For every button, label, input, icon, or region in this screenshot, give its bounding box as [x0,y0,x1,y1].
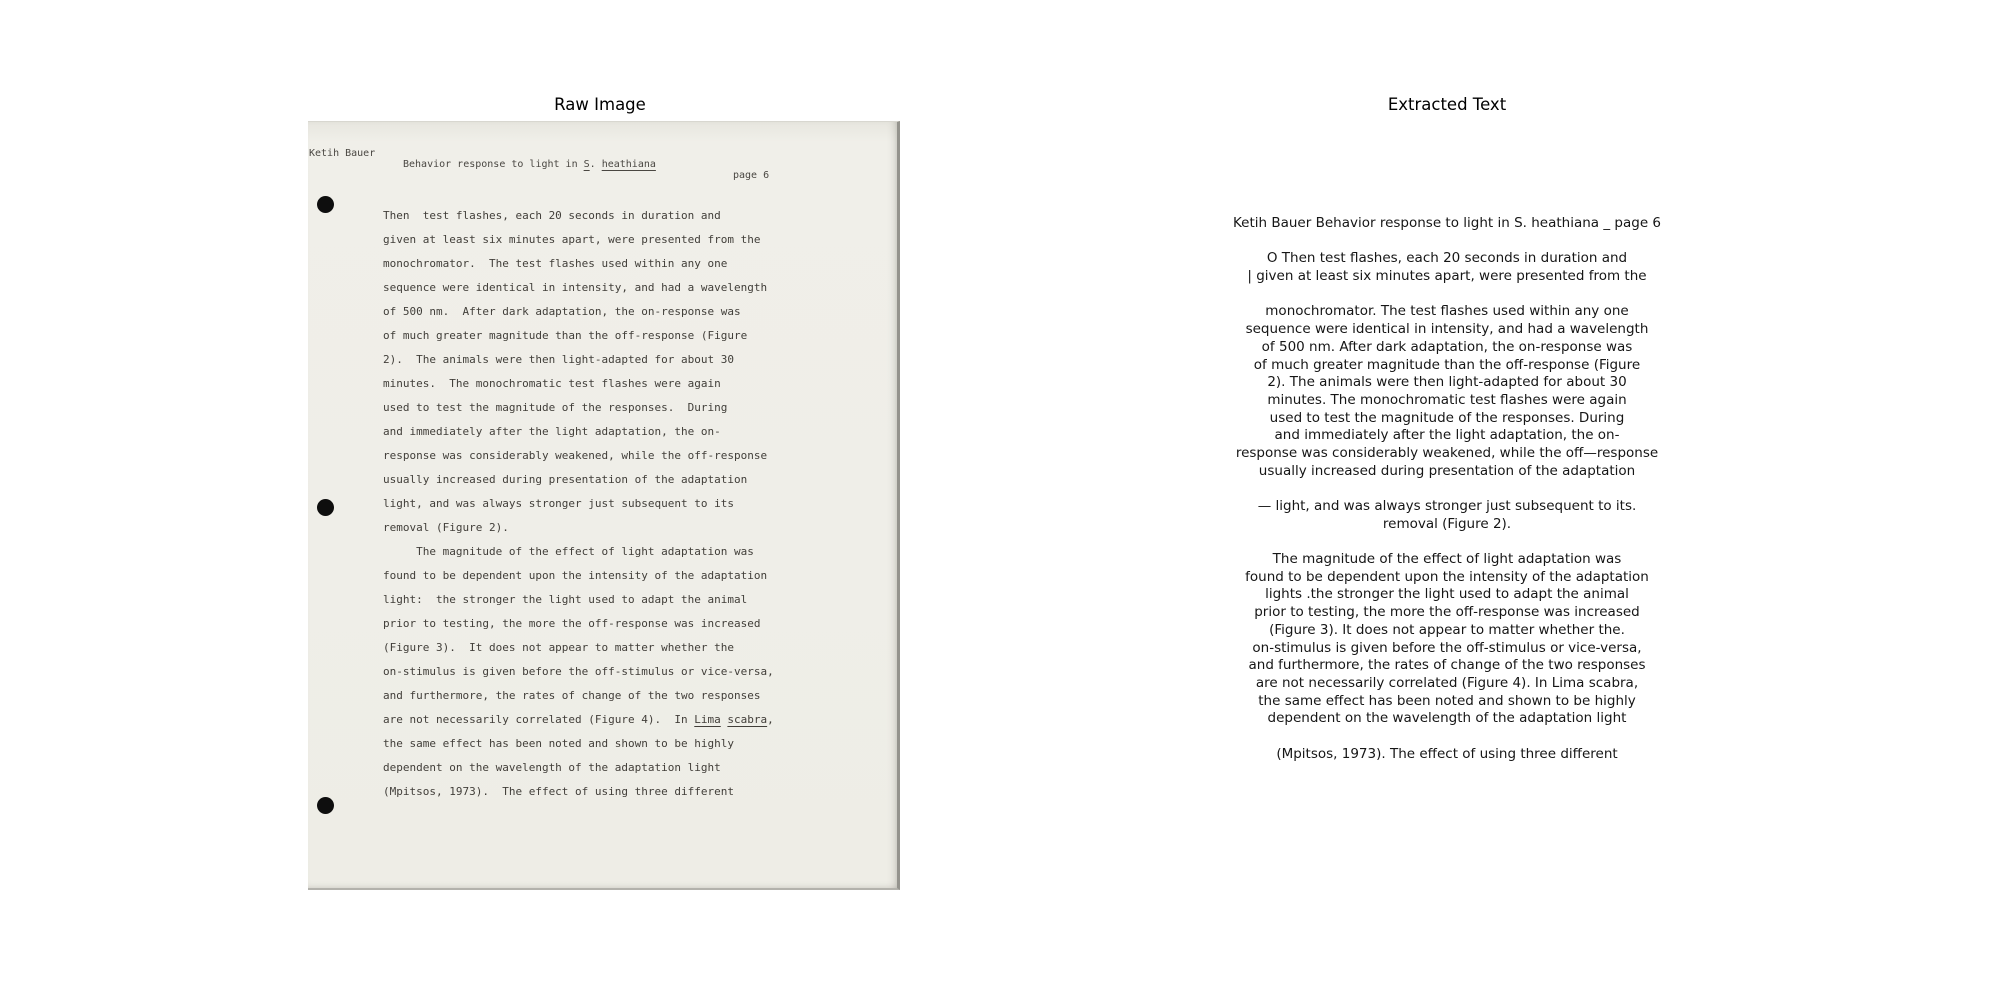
scan-line: used to test the magnitude of the respon… [383,396,774,420]
extracted-text-line: removal (Figure 2). [1145,516,1749,534]
text-segment: removal (Figure 2). [383,521,509,534]
text-segment: and immediately after the light adaptati… [383,425,721,438]
text-segment: found to be dependent upon the intensity… [383,569,767,582]
text-segment: the same effect has been noted and shown… [383,737,734,750]
extracted-text-line: response was considerably weakened, whil… [1145,445,1749,463]
scan-line: found to be dependent upon the intensity… [383,564,774,588]
scan-line: on-stimulus is given before the off-stim… [383,660,774,684]
scan-line: prior to testing, the more the off-respo… [383,612,774,636]
extracted-text-line: on-stimulus is given before the off-stim… [1145,640,1749,658]
text-segment: and furthermore, the rates of change of … [383,689,761,702]
underlined-text: Lima [694,713,721,726]
extracted-text-line [1145,233,1749,251]
text-segment: dependent on the wavelength of the adapt… [383,761,721,774]
text-segment: (Figure 3). It does not appear to matter… [383,641,734,654]
extracted-text-line: usually increased during presentation of… [1145,463,1749,481]
underlined-text: scabra [727,713,767,726]
scan-line: and immediately after the light adaptati… [383,420,774,444]
extracted-text-line: of much greater magnitude than the off-r… [1145,357,1749,375]
extracted-text-line: | given at least six minutes apart, were… [1145,268,1749,286]
extracted-text-line: and furthermore, the rates of change of … [1145,657,1749,675]
extracted-text-line: O Then test flashes, each 20 seconds in … [1145,250,1749,268]
extracted-text-line: the same effect has been noted and shown… [1145,693,1749,711]
extracted-text-line [1145,728,1749,746]
extracted-text-line: used to test the magnitude of the respon… [1145,410,1749,428]
text-segment: given at least six minutes apart, were p… [383,233,761,246]
extracted-text-block: Ketih Bauer Behavior response to light i… [1145,215,1749,763]
raw-image-panel-title: Raw Image [554,95,646,114]
extracted-text-line: The magnitude of the effect of light ada… [1145,551,1749,569]
scan-line: Then test flashes, each 20 seconds in du… [383,204,774,228]
punch-hole-middle [317,499,334,516]
scan-line: of much greater magnitude than the off-r… [383,324,774,348]
underlined-text: heathiana [602,159,656,170]
text-segment: prior to testing, the more the off-respo… [383,617,761,630]
extracted-text-line [1145,533,1749,551]
extracted-text-line: found to be dependent upon the intensity… [1145,569,1749,587]
scan-line: of 500 nm. After dark adaptation, the on… [383,300,774,324]
text-segment: light: the stronger the light used to ad… [383,593,747,606]
extracted-text-line: lights .the stronger the light used to a… [1145,586,1749,604]
text-segment: on-stimulus is given before the off-stim… [383,665,774,678]
text-segment: are not necessarily correlated (Figure 4… [383,713,694,726]
scanned-document-page: Ketih Bauer Behavior response to light i… [308,121,900,890]
scan-line: light: the stronger the light used to ad… [383,588,774,612]
text-segment: monochromator. The test flashes used wit… [383,257,727,270]
scan-line: dependent on the wavelength of the adapt… [383,756,774,780]
scan-line: are not necessarily correlated (Figure 4… [383,708,774,732]
text-segment: sequence were identical in intensity, an… [383,281,767,294]
text-segment: light, and was always stronger just subs… [383,497,734,510]
text-segment: (Mpitsos, 1973). The effect of using thr… [383,785,734,798]
extracted-text-line: monochromator. The test flashes used wit… [1145,303,1749,321]
text-segment: of much greater magnitude than the off-r… [383,329,747,342]
punch-hole-bottom [317,797,334,814]
scan-line: monochromator. The test flashes used wit… [383,252,774,276]
scan-line: response was considerably weakened, whil… [383,444,774,468]
extracted-text-line: Ketih Bauer Behavior response to light i… [1145,215,1749,233]
text-segment: used to test the magnitude of the respon… [383,401,727,414]
scan-line: The magnitude of the effect of light ada… [383,540,774,564]
scan-line: (Figure 3). It does not appear to matter… [383,636,774,660]
scan-line: 2). The animals were then light-adapted … [383,348,774,372]
document-header: Ketih Bauer Behavior response to light i… [308,137,897,151]
scan-line: given at least six minutes apart, were p… [383,228,774,252]
extracted-text-line: of 500 nm. After dark adaptation, the on… [1145,339,1749,357]
text-segment: Behavior response to light in [403,159,584,170]
scan-line: light, and was always stronger just subs… [383,492,774,516]
scan-line: the same effect has been noted and shown… [383,732,774,756]
extracted-text-line [1145,480,1749,498]
extracted-text-panel-title: Extracted Text [1388,95,1506,114]
extracted-text-line: minutes. The monochromatic test flashes … [1145,392,1749,410]
extracted-text-line: are not necessarily correlated (Figure 4… [1145,675,1749,693]
text-segment: usually increased during presentation of… [383,473,747,486]
text-segment: The magnitude of the effect of light ada… [383,545,754,558]
extracted-text-line: — light, and was always stronger just su… [1145,498,1749,516]
text-segment: response was considerably weakened, whil… [383,449,767,462]
text-segment: . [590,159,602,170]
document-header-page-number: page 6 [733,170,769,181]
scan-line: minutes. The monochromatic test flashes … [383,372,774,396]
scan-line: sequence were identical in intensity, an… [383,276,774,300]
extracted-text-line: (Figure 3). It does not appear to matter… [1145,622,1749,640]
scan-line: and furthermore, the rates of change of … [383,684,774,708]
text-segment: of 500 nm. After dark adaptation, the on… [383,305,741,318]
extracted-text-line [1145,286,1749,304]
extracted-text-line: 2). The animals were then light-adapted … [1145,374,1749,392]
extracted-text-line: dependent on the wavelength of the adapt… [1145,710,1749,728]
text-segment: , [767,713,774,726]
scan-line: removal (Figure 2). [383,516,774,540]
extracted-text-line: sequence were identical in intensity, an… [1145,321,1749,339]
extracted-text-line: prior to testing, the more the off-respo… [1145,604,1749,622]
extracted-text-line: and immediately after the light adaptati… [1145,427,1749,445]
document-body-text: Then test flashes, each 20 seconds in du… [383,204,774,804]
extracted-text-line: (Mpitsos, 1973). The effect of using thr… [1145,746,1749,764]
scan-line: (Mpitsos, 1973). The effect of using thr… [383,780,774,804]
text-segment: 2). The animals were then light-adapted … [383,353,734,366]
document-header-author: Ketih Bauer [309,148,375,159]
document-header-title: Behavior response to light in S. heathia… [403,159,656,170]
text-segment: Then test flashes, each 20 seconds in du… [383,209,721,222]
text-segment: minutes. The monochromatic test flashes … [383,377,721,390]
punch-hole-top [317,196,334,213]
scan-line: usually increased during presentation of… [383,468,774,492]
